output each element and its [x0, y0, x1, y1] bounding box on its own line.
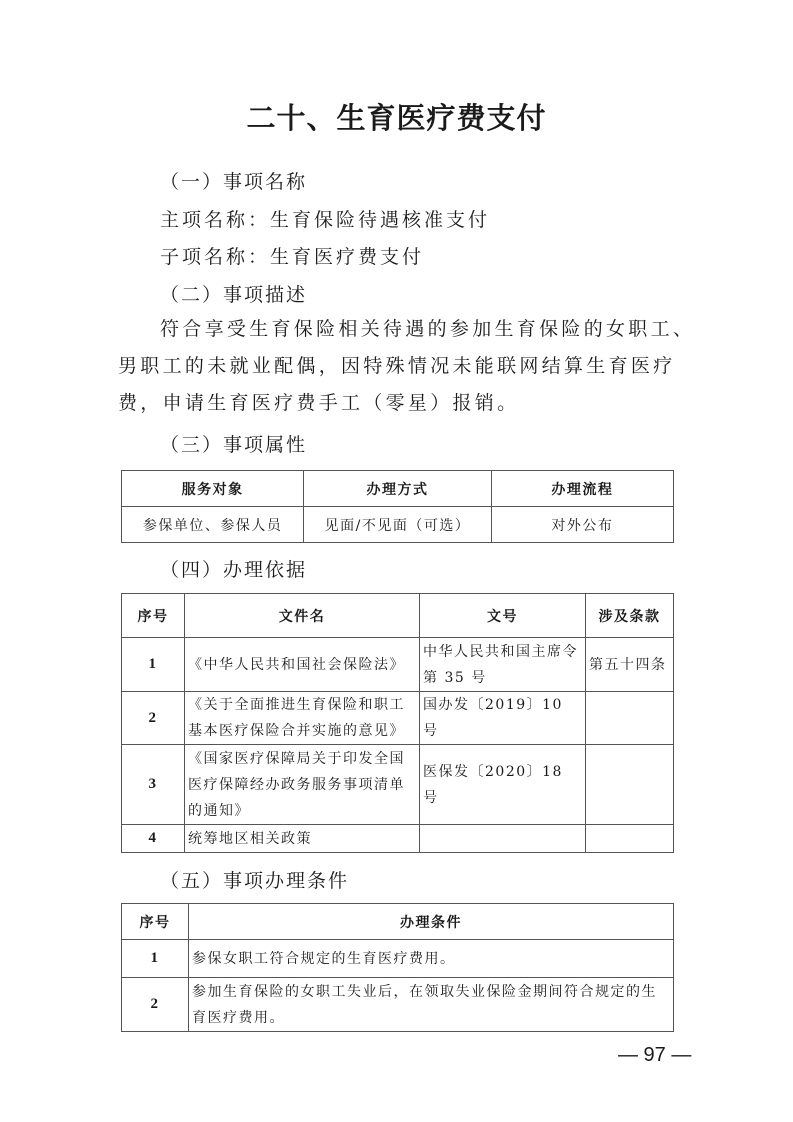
cell-clause: 第五十四条	[586, 638, 674, 692]
cell-no: 2	[122, 692, 185, 745]
cell-file-name: 《关于全面推进生育保险和职工基本医疗保险合并实施的意见》	[185, 692, 420, 745]
table-header-row: 服务对象 办理方式 办理流程	[122, 471, 674, 507]
cell-clause	[586, 692, 674, 745]
cell-handling-method: 见面/不见面（可选）	[304, 507, 492, 543]
page-number: — 97 —	[618, 1044, 691, 1067]
table-row: 参保单位、参保人员 见面/不见面（可选） 对外公布	[122, 507, 674, 543]
header-clause: 涉及条款	[586, 594, 674, 638]
cell-doc-no: 国办发〔2019〕10 号	[420, 692, 586, 745]
sub-item-name: 子项名称：生育医疗费支付	[160, 242, 424, 269]
table-row: 3 《国家医疗保障局关于印发全国医疗保障经办政务服务事项清单的通知》 医保发〔2…	[122, 745, 674, 825]
header-service-target: 服务对象	[122, 471, 304, 507]
page-title: 二十、生育医疗费支付	[0, 96, 793, 137]
header-no: 序号	[122, 594, 185, 638]
basis-table: 序号 文件名 文号 涉及条款 1 《中华人民共和国社会保险法》 中华人民共和国主…	[121, 593, 674, 853]
cell-file-name: 统筹地区相关政策	[185, 825, 420, 853]
cell-clause	[586, 825, 674, 853]
attributes-table: 服务对象 办理方式 办理流程 参保单位、参保人员 见面/不见面（可选） 对外公布	[121, 470, 674, 543]
table-row: 1 《中华人民共和国社会保险法》 中华人民共和国主席令第 35 号 第五十四条	[122, 638, 674, 692]
header-handling-method: 办理方式	[304, 471, 492, 507]
header-no: 序号	[122, 904, 189, 940]
cell-no: 3	[122, 745, 185, 825]
cell-file-name: 《中华人民共和国社会保险法》	[185, 638, 420, 692]
header-handling-process: 办理流程	[491, 471, 673, 507]
cell-doc-no: 医保发〔2020〕18 号	[420, 745, 586, 825]
table-header-row: 序号 文件名 文号 涉及条款	[122, 594, 674, 638]
cell-condition: 参加生育保险的女职工失业后，在领取失业保险金期间符合规定的生育医疗费用。	[189, 978, 674, 1032]
conditions-table: 序号 办理条件 1 参保女职工符合规定的生育医疗费用。 2 参加生育保险的女职工…	[121, 903, 674, 1032]
cell-no: 4	[122, 825, 185, 853]
table-header-row: 序号 办理条件	[122, 904, 674, 940]
cell-no: 1	[122, 940, 189, 978]
table-row: 2 参加生育保险的女职工失业后，在领取失业保险金期间符合规定的生育医疗费用。	[122, 978, 674, 1032]
section-heading-item-name: （一）事项名称	[160, 167, 307, 194]
header-condition: 办理条件	[189, 904, 674, 940]
section-heading-basis: （四）办理依据	[160, 555, 307, 582]
main-item-name: 主项名称：生育保险待遇核准支付	[160, 205, 490, 232]
table-row: 1 参保女职工符合规定的生育医疗费用。	[122, 940, 674, 978]
cell-doc-no	[420, 825, 586, 853]
cell-no: 2	[122, 978, 189, 1032]
cell-condition: 参保女职工符合规定的生育医疗费用。	[189, 940, 674, 978]
cell-clause	[586, 745, 674, 825]
header-file-name: 文件名	[185, 594, 420, 638]
cell-no: 1	[122, 638, 185, 692]
section-heading-description: （二）事项描述	[160, 280, 307, 307]
cell-service-target: 参保单位、参保人员	[122, 507, 304, 543]
section-heading-attributes: （三）事项属性	[160, 430, 307, 457]
cell-file-name: 《国家医疗保障局关于印发全国医疗保障经办政务服务事项清单的通知》	[185, 745, 420, 825]
cell-doc-no: 中华人民共和国主席令第 35 号	[420, 638, 586, 692]
table-row: 4 统筹地区相关政策	[122, 825, 674, 853]
cell-handling-process: 对外公布	[491, 507, 673, 543]
header-doc-no: 文号	[420, 594, 586, 638]
section-heading-conditions: （五）事项办理条件	[160, 866, 349, 893]
description-paragraph: 符合享受生育保险相关待遇的参加生育保险的女职工、男职工的未就业配偶，因特殊情况未…	[118, 311, 698, 422]
table-row: 2 《关于全面推进生育保险和职工基本医疗保险合并实施的意见》 国办发〔2019〕…	[122, 692, 674, 745]
